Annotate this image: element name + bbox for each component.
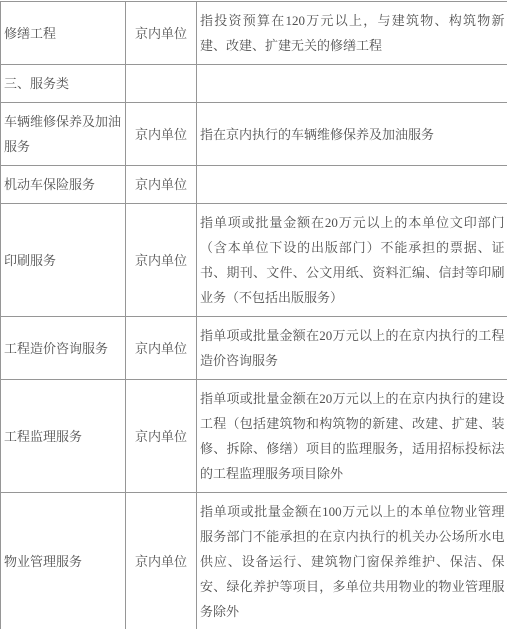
item-name-cell: 修缮工程: [1, 2, 126, 65]
item-name-cell: 工程造价咨询服务: [1, 317, 126, 380]
table-row: 工程造价咨询服务 京内单位 指单项或批量金额在20万元以上的在京内执行的工程造价…: [1, 317, 507, 380]
document-page: 修缮工程 京内单位 指投资预算在120万元以上，与建筑物、构筑物新建、改建、扩建…: [0, 0, 507, 629]
description-cell: 指单项或批量金额在100万元以上的本单位物业管理服务部门不能承担的在京内执行的机…: [197, 493, 507, 629]
item-name-cell: 印刷服务: [1, 204, 126, 317]
section-title-cell: 三、服务类: [1, 65, 126, 103]
table-row: 修缮工程 京内单位 指投资预算在120万元以上，与建筑物、构筑物新建、改建、扩建…: [1, 2, 507, 65]
description-cell: 指单项或批量金额在20万元以上的本单位文印部门（含本单位下设的出版部门）不能承担…: [197, 204, 507, 317]
description-cell: 指投资预算在120万元以上，与建筑物、构筑物新建、改建、扩建无关的修缮工程: [197, 2, 507, 65]
unit-scope-cell: 京内单位: [126, 380, 197, 493]
table-row: 工程监理服务 京内单位 指单项或批量金额在20万元以上的在京内执行的建设工程（包…: [1, 380, 507, 493]
table-row: 物业管理服务 京内单位 指单项或批量金额在100万元以上的本单位物业管理服务部门…: [1, 493, 507, 629]
description-cell: 指单项或批量金额在20万元以上的在京内执行的工程造价咨询服务: [197, 317, 507, 380]
unit-scope-cell: 京内单位: [126, 317, 197, 380]
item-name-cell: 工程监理服务: [1, 380, 126, 493]
unit-scope-cell: 京内单位: [126, 493, 197, 629]
description-cell: 指单项或批量金额在20万元以上的在京内执行的建设工程（包括建筑物和构筑物的新建、…: [197, 380, 507, 493]
table-row: 机动车保险服务 京内单位: [1, 166, 507, 204]
unit-scope-cell: [126, 65, 197, 103]
unit-scope-cell: 京内单位: [126, 2, 197, 65]
table-row: 印刷服务 京内单位 指单项或批量金额在20万元以上的本单位文印部门（含本单位下设…: [1, 204, 507, 317]
table-row: 车辆维修保养及加油服务 京内单位 指在京内执行的车辆维修保养及加油服务: [1, 103, 507, 166]
unit-scope-cell: 京内单位: [126, 166, 197, 204]
unit-scope-cell: 京内单位: [126, 204, 197, 317]
catalog-table: 修缮工程 京内单位 指投资预算在120万元以上，与建筑物、构筑物新建、改建、扩建…: [0, 1, 507, 629]
description-cell: [197, 166, 507, 204]
section-header-row: 三、服务类: [1, 65, 507, 103]
unit-scope-cell: 京内单位: [126, 103, 197, 166]
description-cell: 指在京内执行的车辆维修保养及加油服务: [197, 103, 507, 166]
description-cell: [197, 65, 507, 103]
item-name-cell: 物业管理服务: [1, 493, 126, 629]
item-name-cell: 机动车保险服务: [1, 166, 126, 204]
item-name-cell: 车辆维修保养及加油服务: [1, 103, 126, 166]
